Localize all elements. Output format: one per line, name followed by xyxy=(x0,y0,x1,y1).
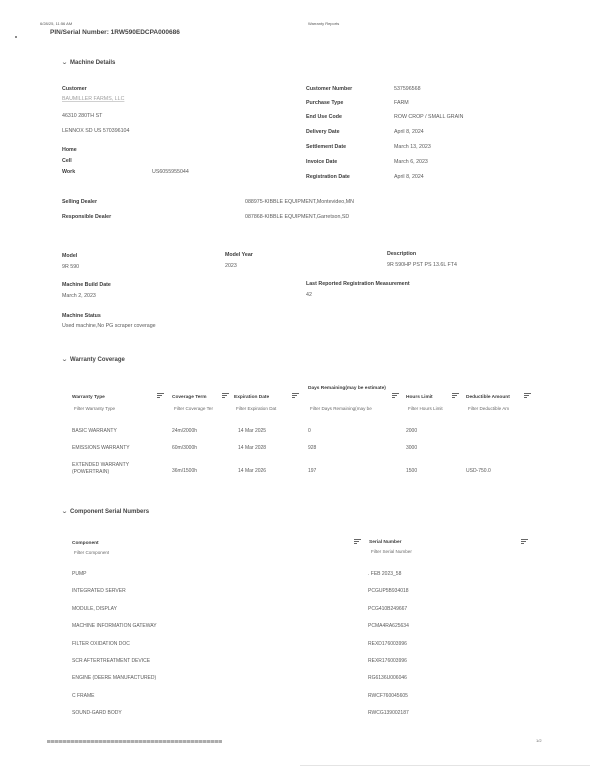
customer-address-2: LENNOX SD US 570396104 xyxy=(62,128,129,134)
table-cell: 14 Mar 2028 xyxy=(238,445,266,451)
field-value: FARM xyxy=(394,100,409,106)
field-value: April 8, 2024 xyxy=(394,129,424,135)
table-cell: 60m/3000h xyxy=(172,445,197,451)
field-label: Customer Number xyxy=(306,86,352,92)
field-label: Purchase Type xyxy=(306,100,343,106)
component-name: PUMP xyxy=(72,571,86,577)
column-filter-input[interactable]: Filter Component xyxy=(74,550,109,555)
table-cell: USD-750.0 xyxy=(466,468,491,474)
component-name: C FRAME xyxy=(72,693,95,699)
sort-filter-icon[interactable] xyxy=(452,393,459,398)
column-header: Hours Limit xyxy=(406,395,450,402)
field-value: March 13, 2023 xyxy=(394,144,431,150)
column-filter-input[interactable]: Filter Hours Limit xyxy=(408,406,462,411)
component-serial: RG6136U006046 xyxy=(368,675,407,681)
sort-filter-icon[interactable] xyxy=(392,393,399,398)
field-value: ROW CROP / SMALL GRAIN xyxy=(394,114,463,120)
table-cell: BASIC WARRANTY xyxy=(72,428,164,435)
field-label: Settlement Date xyxy=(306,144,346,150)
field-value: 537596568 xyxy=(394,86,421,92)
field-value: April 8, 2024 xyxy=(394,174,424,180)
component-serial: RWCF760045605 xyxy=(368,693,408,699)
model-label: Model xyxy=(62,253,77,259)
page-number: 1/2 xyxy=(536,738,542,743)
column-filter-input[interactable]: Filter Coverage Ter xyxy=(174,406,230,411)
component-serial: PCGUP5B934018 xyxy=(368,588,409,594)
sort-filter-icon[interactable] xyxy=(222,393,229,398)
customer-address-1: 46310 280TH ST xyxy=(62,113,102,119)
chevron-down-icon: ⌄ xyxy=(61,59,68,66)
phone-cell-label: Cell xyxy=(62,158,72,164)
description-value: 9R 590HP PST PS 13.6L FT4 xyxy=(387,262,457,268)
model-year-value: 2023 xyxy=(225,263,237,269)
machine-status-label: Machine Status xyxy=(62,313,101,319)
report-title: Warranty Reports xyxy=(308,21,339,26)
component-serial: . FEB 2023_58 xyxy=(368,571,401,577)
customer-label: Customer xyxy=(62,86,87,92)
table-cell: 0 xyxy=(308,428,311,434)
component-serial: PCMA4RA625634 xyxy=(368,623,409,629)
selling-dealer-label: Selling Dealer xyxy=(62,199,97,205)
pin-serial-number: PIN/Serial Number: 1RW590EDCPA000686 xyxy=(50,29,180,36)
field-value: March 6, 2023 xyxy=(394,159,428,165)
sort-filter-icon[interactable] xyxy=(292,393,299,398)
table-cell: 36m/1500h xyxy=(172,468,197,474)
responsible-dealer-label: Responsible Dealer xyxy=(62,214,111,220)
table-cell: 1500 xyxy=(406,468,417,474)
field-label: Delivery Date xyxy=(306,129,340,135)
component-serial: RWCG139002187 xyxy=(368,710,409,716)
scan-artifact-line xyxy=(300,765,590,766)
table-cell: 14 Mar 2026 xyxy=(238,468,266,474)
section-component-serials[interactable]: ⌄ Component Serial Numbers xyxy=(62,508,149,515)
table-cell: 24m/2000h xyxy=(172,428,197,434)
selling-dealer-value: 088975-KIBBLE EQUIPMENT,Montevideo,MN xyxy=(245,199,354,205)
section-warranty-coverage[interactable]: ⌄ Warranty Coverage xyxy=(62,356,125,363)
section-title: Component Serial Numbers xyxy=(70,509,149,515)
description-label: Description xyxy=(387,251,416,257)
component-name: FILTER OXIDATION DOC xyxy=(72,641,130,647)
sort-filter-icon[interactable] xyxy=(354,539,361,544)
column-header: Coverage Term xyxy=(172,395,220,402)
phone-work-label: Work xyxy=(62,169,75,175)
sort-filter-icon[interactable] xyxy=(521,539,528,544)
print-date: 6/28/25, 11:56 AM xyxy=(40,21,72,26)
component-name: MACHINE INFORMATION GATEWAY xyxy=(72,623,157,629)
column-filter-input[interactable]: Filter Deductible Am xyxy=(468,406,536,411)
component-serial: REXD176003996 xyxy=(368,641,407,647)
table-cell: 2000 xyxy=(406,428,417,434)
table-cell: 3000 xyxy=(406,445,417,451)
column-header: Expiration Date xyxy=(234,395,290,402)
component-name: MODULE, DISPLAY xyxy=(72,606,117,612)
build-date-label: Machine Build Date xyxy=(62,282,111,288)
section-title: Warranty Coverage xyxy=(70,357,125,363)
component-serial: REXR176003996 xyxy=(368,658,407,664)
field-label: Invoice Date xyxy=(306,159,337,165)
table-cell: EXTENDED WARRANTY (POWERTRAIN) xyxy=(72,462,164,476)
model-value: 9R 590 xyxy=(62,264,79,270)
chevron-down-icon: ⌄ xyxy=(61,356,68,363)
field-label: Registration Date xyxy=(306,174,350,180)
section-machine-details[interactable]: ⌄ Machine Details xyxy=(62,59,115,66)
chevron-down-icon: ⌄ xyxy=(61,508,68,515)
table-cell: 14 Mar 2025 xyxy=(238,428,266,434)
table-cell: 197 xyxy=(308,468,316,474)
model-year-label: Model Year xyxy=(225,252,253,258)
build-date-value: March 2, 2023 xyxy=(62,293,96,299)
column-header: Serial Number xyxy=(369,540,402,545)
component-serial: PCG410B249667 xyxy=(368,606,407,612)
responsible-dealer-value: 087868-KIBBLE EQUIPMENT,Garretson,SD xyxy=(245,214,349,220)
column-filter-input[interactable]: Filter Days Remaining(may be xyxy=(310,406,402,411)
column-header: Deductible Amount xyxy=(466,395,522,402)
footer-url xyxy=(47,740,222,743)
sort-filter-icon[interactable] xyxy=(524,393,531,398)
component-name: INTEGRATED SERVER xyxy=(72,588,126,594)
sort-filter-icon[interactable] xyxy=(157,393,164,398)
component-name: SCR AFTERTREATMENT DEVICE xyxy=(72,658,150,664)
column-header: Warranty Type xyxy=(72,395,155,402)
last-measurement-value: 42 xyxy=(306,292,312,298)
phone-work-value: US6055955044 xyxy=(152,169,189,175)
phone-home-label: Home xyxy=(62,147,77,153)
bullet-mark xyxy=(15,36,17,38)
customer-name-link[interactable]: BAUMILLER FARMS, LLC xyxy=(62,96,124,102)
table-cell: EMISSIONS WARRANTY xyxy=(72,445,164,452)
component-name: ENGINE (DEERE MANUFACTURED) xyxy=(72,675,156,681)
table-cell: 928 xyxy=(308,445,316,451)
column-filter-input[interactable]: Filter Serial Number xyxy=(371,549,412,554)
column-header: Days Remaining(may be estimate) xyxy=(308,386,390,393)
machine-status-value: Used machine,No PG scraper coverage xyxy=(62,323,156,329)
column-filter-input[interactable]: Filter Expiration Dat xyxy=(236,406,304,411)
field-label: End Use Code xyxy=(306,114,342,120)
component-name: SOUND-GARD BODY xyxy=(72,710,122,716)
section-title: Machine Details xyxy=(70,60,115,66)
column-filter-input[interactable]: Filter Warranty Type xyxy=(74,406,168,411)
last-measurement-label: Last Reported Registration Measurement xyxy=(306,281,410,287)
column-header: Component xyxy=(72,541,99,546)
